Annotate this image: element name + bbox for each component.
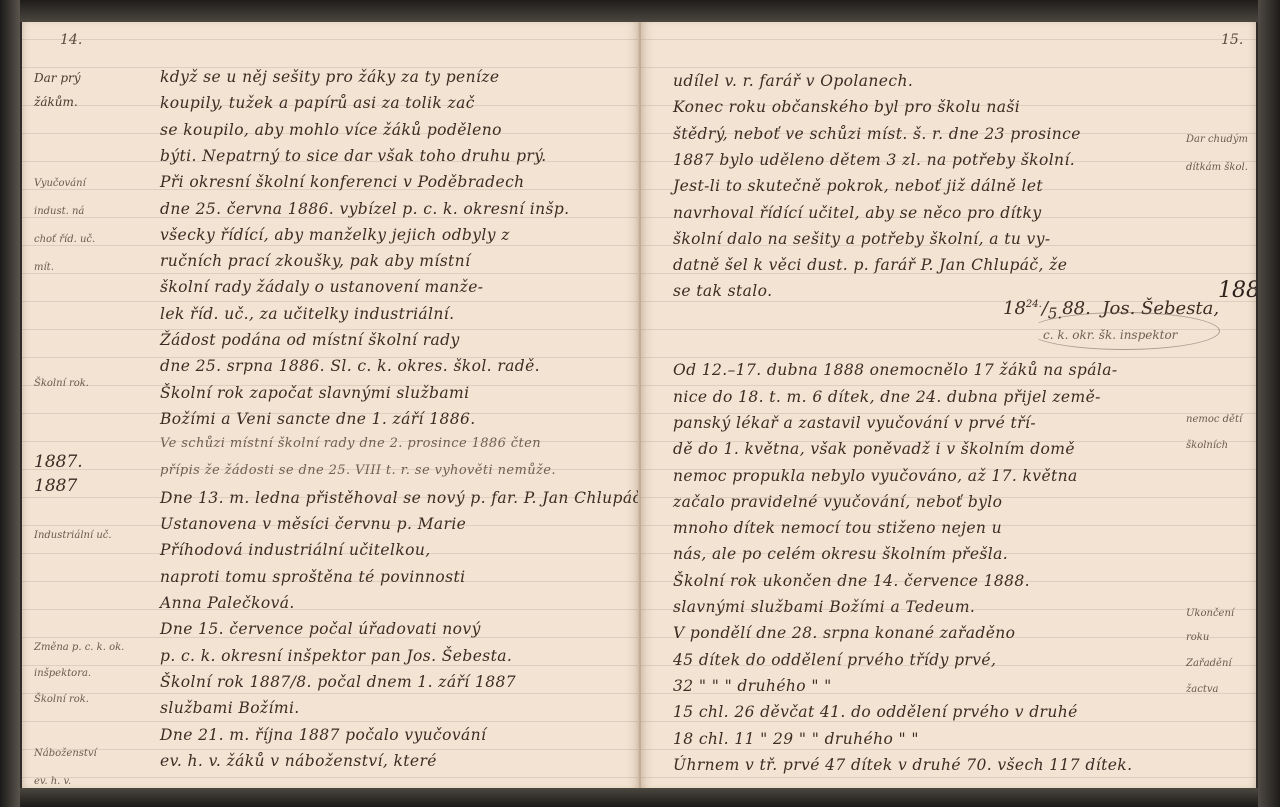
handwritten-line: školní dalo na sešity a potřeby školní, …: [673, 230, 1051, 248]
margin-note: roku: [1186, 632, 1209, 644]
handwritten-line: mnoho dítek nemocí tou stiženo nejen u: [673, 519, 1002, 537]
signature-title: c. k. okr. šk. inspektor: [1043, 328, 1177, 342]
handwritten-line: Školní rok započat slavnými službami: [160, 384, 469, 402]
margin-note: Zařadění: [1186, 658, 1232, 670]
page-number: 15.: [1221, 32, 1243, 48]
margin-note: Vyučování: [34, 178, 86, 190]
margin-note: žákům.: [34, 96, 78, 108]
margin-note: školních: [1186, 440, 1228, 452]
signature-date-day: 24.: [1026, 299, 1042, 310]
margin-note: Náboženství: [34, 748, 97, 760]
handwritten-line: Školní rok ukončen dne 14. července 1888…: [673, 572, 1030, 590]
handwritten-line: slavnými službami Božími a Tedeum.: [673, 598, 975, 616]
handwritten-line: školní rady žádaly o ustanovení manže-: [160, 278, 483, 296]
handwritten-line: všecky řídící, aby manželky jejich odbyl…: [160, 226, 510, 244]
handwritten-line: navrhoval řídící učitel, aby se něco pro…: [673, 204, 1041, 222]
handwritten-line: Školní rok 1887/8. počal dnem 1. září 18…: [160, 673, 516, 691]
handwritten-line: nice do 18. t. m. 6 dítek, dne 24. dubna…: [673, 388, 1101, 406]
right-page: 15. Dar chudýmdítkám škol.nemoc dětíškol…: [641, 22, 1256, 788]
handwritten-line: dne 25. června 1886. vybízel p. c. k. ok…: [160, 200, 570, 218]
handwritten-line: Jest-li to skutečně pokrok, neboť již dá…: [673, 177, 1043, 195]
handwritten-line: V pondělí dne 28. srpna konané zařaděno: [673, 624, 1015, 642]
handwritten-line: Žádost podána od místní školní rady: [160, 331, 460, 349]
handwritten-line: 15 chl. 26 děvčat 41. do oddělení prvého…: [673, 703, 1078, 721]
book-cover-right: [1258, 0, 1280, 807]
handwritten-line: koupily, tužek a papírů asi za tolik zač: [160, 94, 475, 112]
margin-note: Změna p. c. k. ok.: [34, 642, 124, 654]
margin-note: Školní rok.: [34, 694, 89, 706]
margin-note: Školní rok.: [34, 378, 89, 390]
handwritten-line: Konec roku občanského byl pro školu naši: [673, 98, 1020, 116]
handwritten-line: panský lékař a zastavil vyučování v prvé…: [673, 414, 1036, 432]
book-cover-bottom: [0, 788, 1280, 807]
handwritten-line: ev. h. v. žáků v náboženství, které: [160, 752, 437, 770]
handwritten-line: štědrý, neboť ve schůzi míst. š. r. dne …: [673, 125, 1081, 143]
handwritten-line: Anna Palečková.: [160, 594, 295, 612]
margin-note: 1887: [34, 480, 77, 492]
handwritten-line: Dne 15. července počal úřadovati nový: [160, 620, 481, 638]
margin-note: dítkám škol.: [1186, 162, 1248, 174]
handwritten-line: dě do 1. května, však poněvadž i v školn…: [673, 440, 1075, 458]
handwritten-line: Příhodová industriální učitelkou,: [160, 541, 431, 559]
book-cover-top: [0, 0, 1280, 22]
handwritten-line: nás, ale po celém okresu školním přešla.: [673, 545, 1008, 563]
signature-date-prefix: 18: [1003, 298, 1026, 319]
handwritten-line: nemoc propukla nebylo vyučováno, až 17. …: [673, 467, 1078, 485]
handwritten-line: Božími a Veni sancte dne 1. září 1886.: [160, 410, 476, 428]
handwritten-line: službami Božími.: [160, 699, 300, 717]
left-page: 14. Dar prýžákům.Vyučováníindust. náchoť…: [22, 22, 639, 788]
handwritten-line: 32 " " " druhého " ": [673, 677, 832, 695]
handwritten-line: 1887 bylo uděleno dětem 3 zl. na potřeby…: [673, 151, 1075, 169]
handwritten-line: Od 12.–17. dubna 1888 onemocnělo 17 žáků…: [673, 361, 1118, 379]
handwritten-line: ručních prací zkoušky, pak aby místní: [160, 252, 470, 270]
handwritten-line: začalo pravidelné vyučování, neboť bylo: [673, 493, 1002, 511]
handwritten-line: Ve schůzi místní školní rady dne 2. pros…: [160, 436, 541, 451]
handwritten-line: když se u něj sešity pro žáky za ty pení…: [160, 68, 499, 86]
margin-note: indust. ná: [34, 206, 84, 218]
handwritten-line: udílel v. r. farář v Opolanech.: [673, 72, 913, 90]
handwritten-line: p. c. k. okresní inšpektor pan Jos. Šebe…: [160, 647, 512, 665]
handwritten-line: naproti tomu sproštěna té povinnosti: [160, 568, 465, 586]
handwritten-line: lek říd. uč., za učitelky industriální.: [160, 305, 455, 323]
handwritten-line: se tak stalo.: [673, 282, 772, 300]
margin-note: ev. h. v.: [34, 776, 71, 788]
margin-note: Dar chudým: [1186, 134, 1248, 146]
margin-note: 1887.: [34, 456, 83, 468]
margin-note: nemoc dětí: [1186, 414, 1242, 426]
handwritten-line: býti. Nepatrný to sice dar však toho dru…: [160, 147, 547, 165]
handwritten-line: 45 dítek do oddělení prvého třídy prvé,: [673, 651, 996, 669]
margin-note: žactva: [1186, 684, 1218, 696]
handwritten-line: 18 chl. 11 " 29 " " druhého " ": [673, 730, 919, 748]
handwritten-line: Úhrnem v tř. prvé 47 dítek v druhé 70. v…: [673, 756, 1132, 774]
handwritten-line: Ustanovena v měsíci červnu p. Marie: [160, 515, 466, 533]
handwritten-line: přípis že žádosti se dne 25. VIII t. r. …: [160, 463, 556, 478]
handwritten-line: dne 25. srpna 1886. Sl. c. k. okres. ško…: [160, 357, 540, 375]
margin-note: Industriální uč.: [34, 530, 112, 542]
margin-note: mít.: [34, 262, 54, 274]
year-heading: 1888.: [1218, 278, 1256, 303]
book-cover-left: [0, 0, 20, 807]
handwritten-line: Dne 21. m. října 1887 počalo vyučování: [160, 726, 486, 744]
margin-note: Ukončení: [1186, 608, 1234, 620]
handwritten-line: se koupilo, aby mohlo více žáků poděleno: [160, 121, 502, 139]
margin-note: choť říd. uč.: [34, 234, 95, 246]
margin-note: inšpektora.: [34, 668, 91, 680]
handwritten-line: Při okresní školní konferenci v Poděbrad…: [160, 173, 525, 191]
handwritten-line: datně šel k věci dust. p. farář P. Jan C…: [673, 256, 1067, 274]
margin-note: Dar prý: [34, 72, 81, 84]
handwritten-line: Dne 13. m. ledna přistěhoval se nový p. …: [160, 489, 639, 507]
page-number: 14.: [60, 32, 82, 48]
